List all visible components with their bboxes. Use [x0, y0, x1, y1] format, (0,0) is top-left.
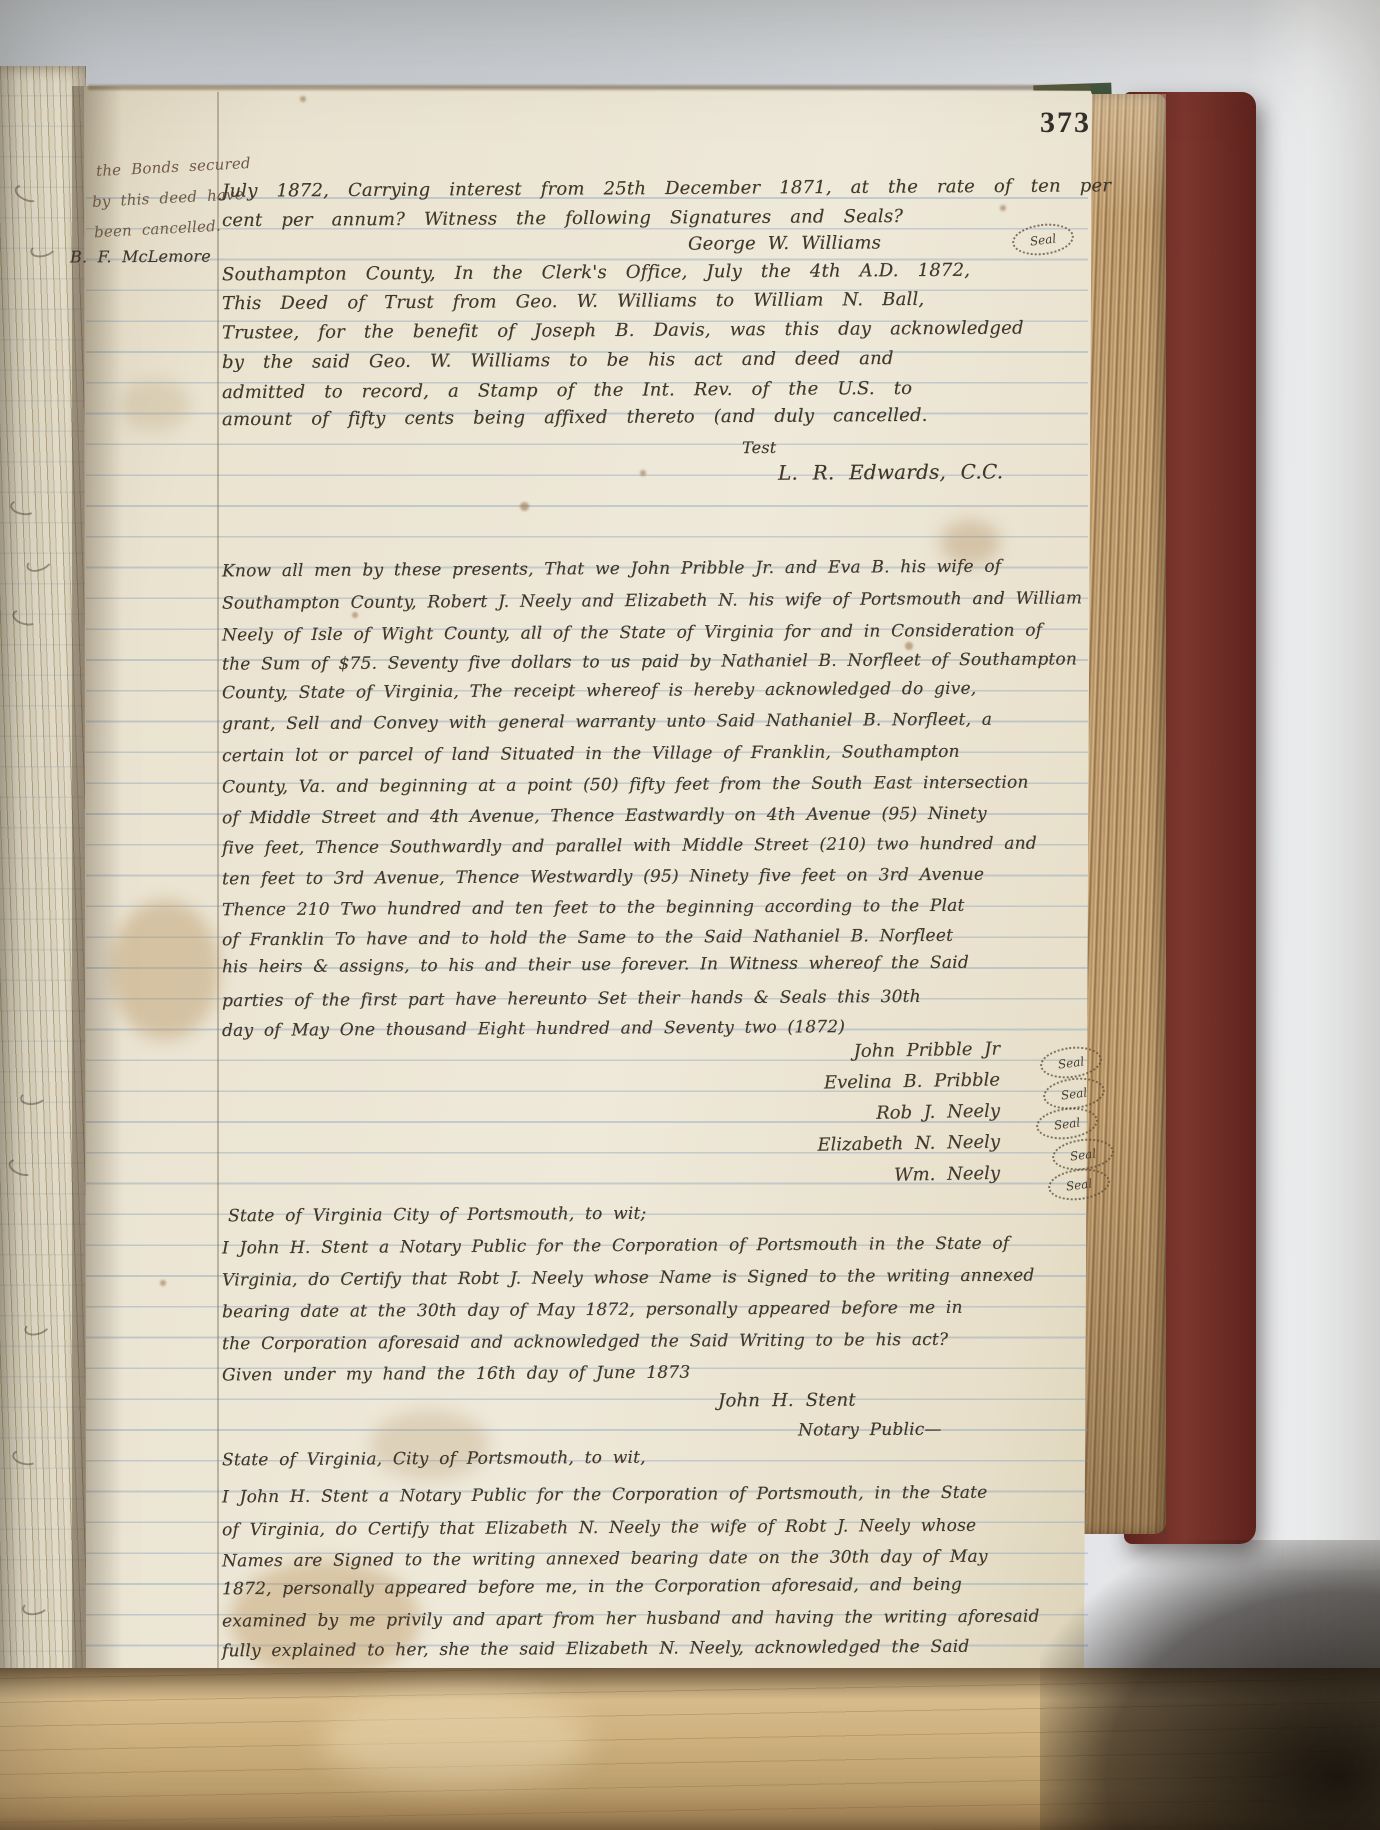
foxing-dot: [1000, 205, 1006, 211]
gutter-shadow: [72, 86, 122, 1676]
handwritten-line: This Deed of Trust from Geo. W. Williams…: [222, 289, 924, 315]
foxing-dot: [160, 1280, 166, 1286]
handwritten-line: day of May One thousand Eight hundred an…: [222, 1017, 845, 1041]
handwritten-line: cent per annum? Witness the following Si…: [222, 206, 903, 232]
notary-heading: State of Virginia, City of Portsmouth, t…: [222, 1448, 646, 1471]
margin-note-signer: B. F. McLemore: [70, 247, 211, 267]
foxing-dot: [905, 642, 913, 650]
wood-stain: [320, 1692, 590, 1787]
clerk-signature: L. R. Edwards, C.C.: [778, 459, 1003, 484]
handwritten-line: by the said Geo. W. Williams to be his a…: [222, 348, 894, 374]
page-stain: [120, 380, 190, 430]
notary-signature: John H. Stent: [718, 1390, 856, 1412]
foxing-dot: [640, 470, 646, 476]
margin-rule: [217, 92, 219, 1670]
page-top-edge: [88, 85, 1090, 90]
foxing-dot: [520, 502, 529, 511]
handwritten-line: amount of fifty cents being affixed ther…: [222, 405, 928, 431]
foxing-dot: [300, 96, 306, 102]
handwritten-line: admitted to record, a Stamp of the Int. …: [222, 378, 912, 404]
handwritten-line: Given under my hand the 16th day of June…: [222, 1363, 690, 1386]
shadow-corner: [1040, 1540, 1380, 1830]
page-edges: [1080, 94, 1166, 1534]
handwritten-line: Southampton County, In the Clerk's Offic…: [222, 260, 970, 286]
test-label: Test: [742, 438, 776, 457]
page-number: 373: [1040, 106, 1091, 140]
page-stain: [110, 900, 220, 1040]
grantor-signature: George W. Williams: [688, 232, 881, 255]
notary-heading: State of Virginia City of Portsmouth, to…: [228, 1204, 647, 1227]
background-wall: [1250, 0, 1380, 1570]
ledger-photo: 373 the Bonds secured by this deed have …: [0, 0, 1380, 1830]
handwritten-line: parties of the first part have hereunto …: [222, 987, 921, 1012]
notary-title: Notary Public—: [798, 1420, 942, 1441]
